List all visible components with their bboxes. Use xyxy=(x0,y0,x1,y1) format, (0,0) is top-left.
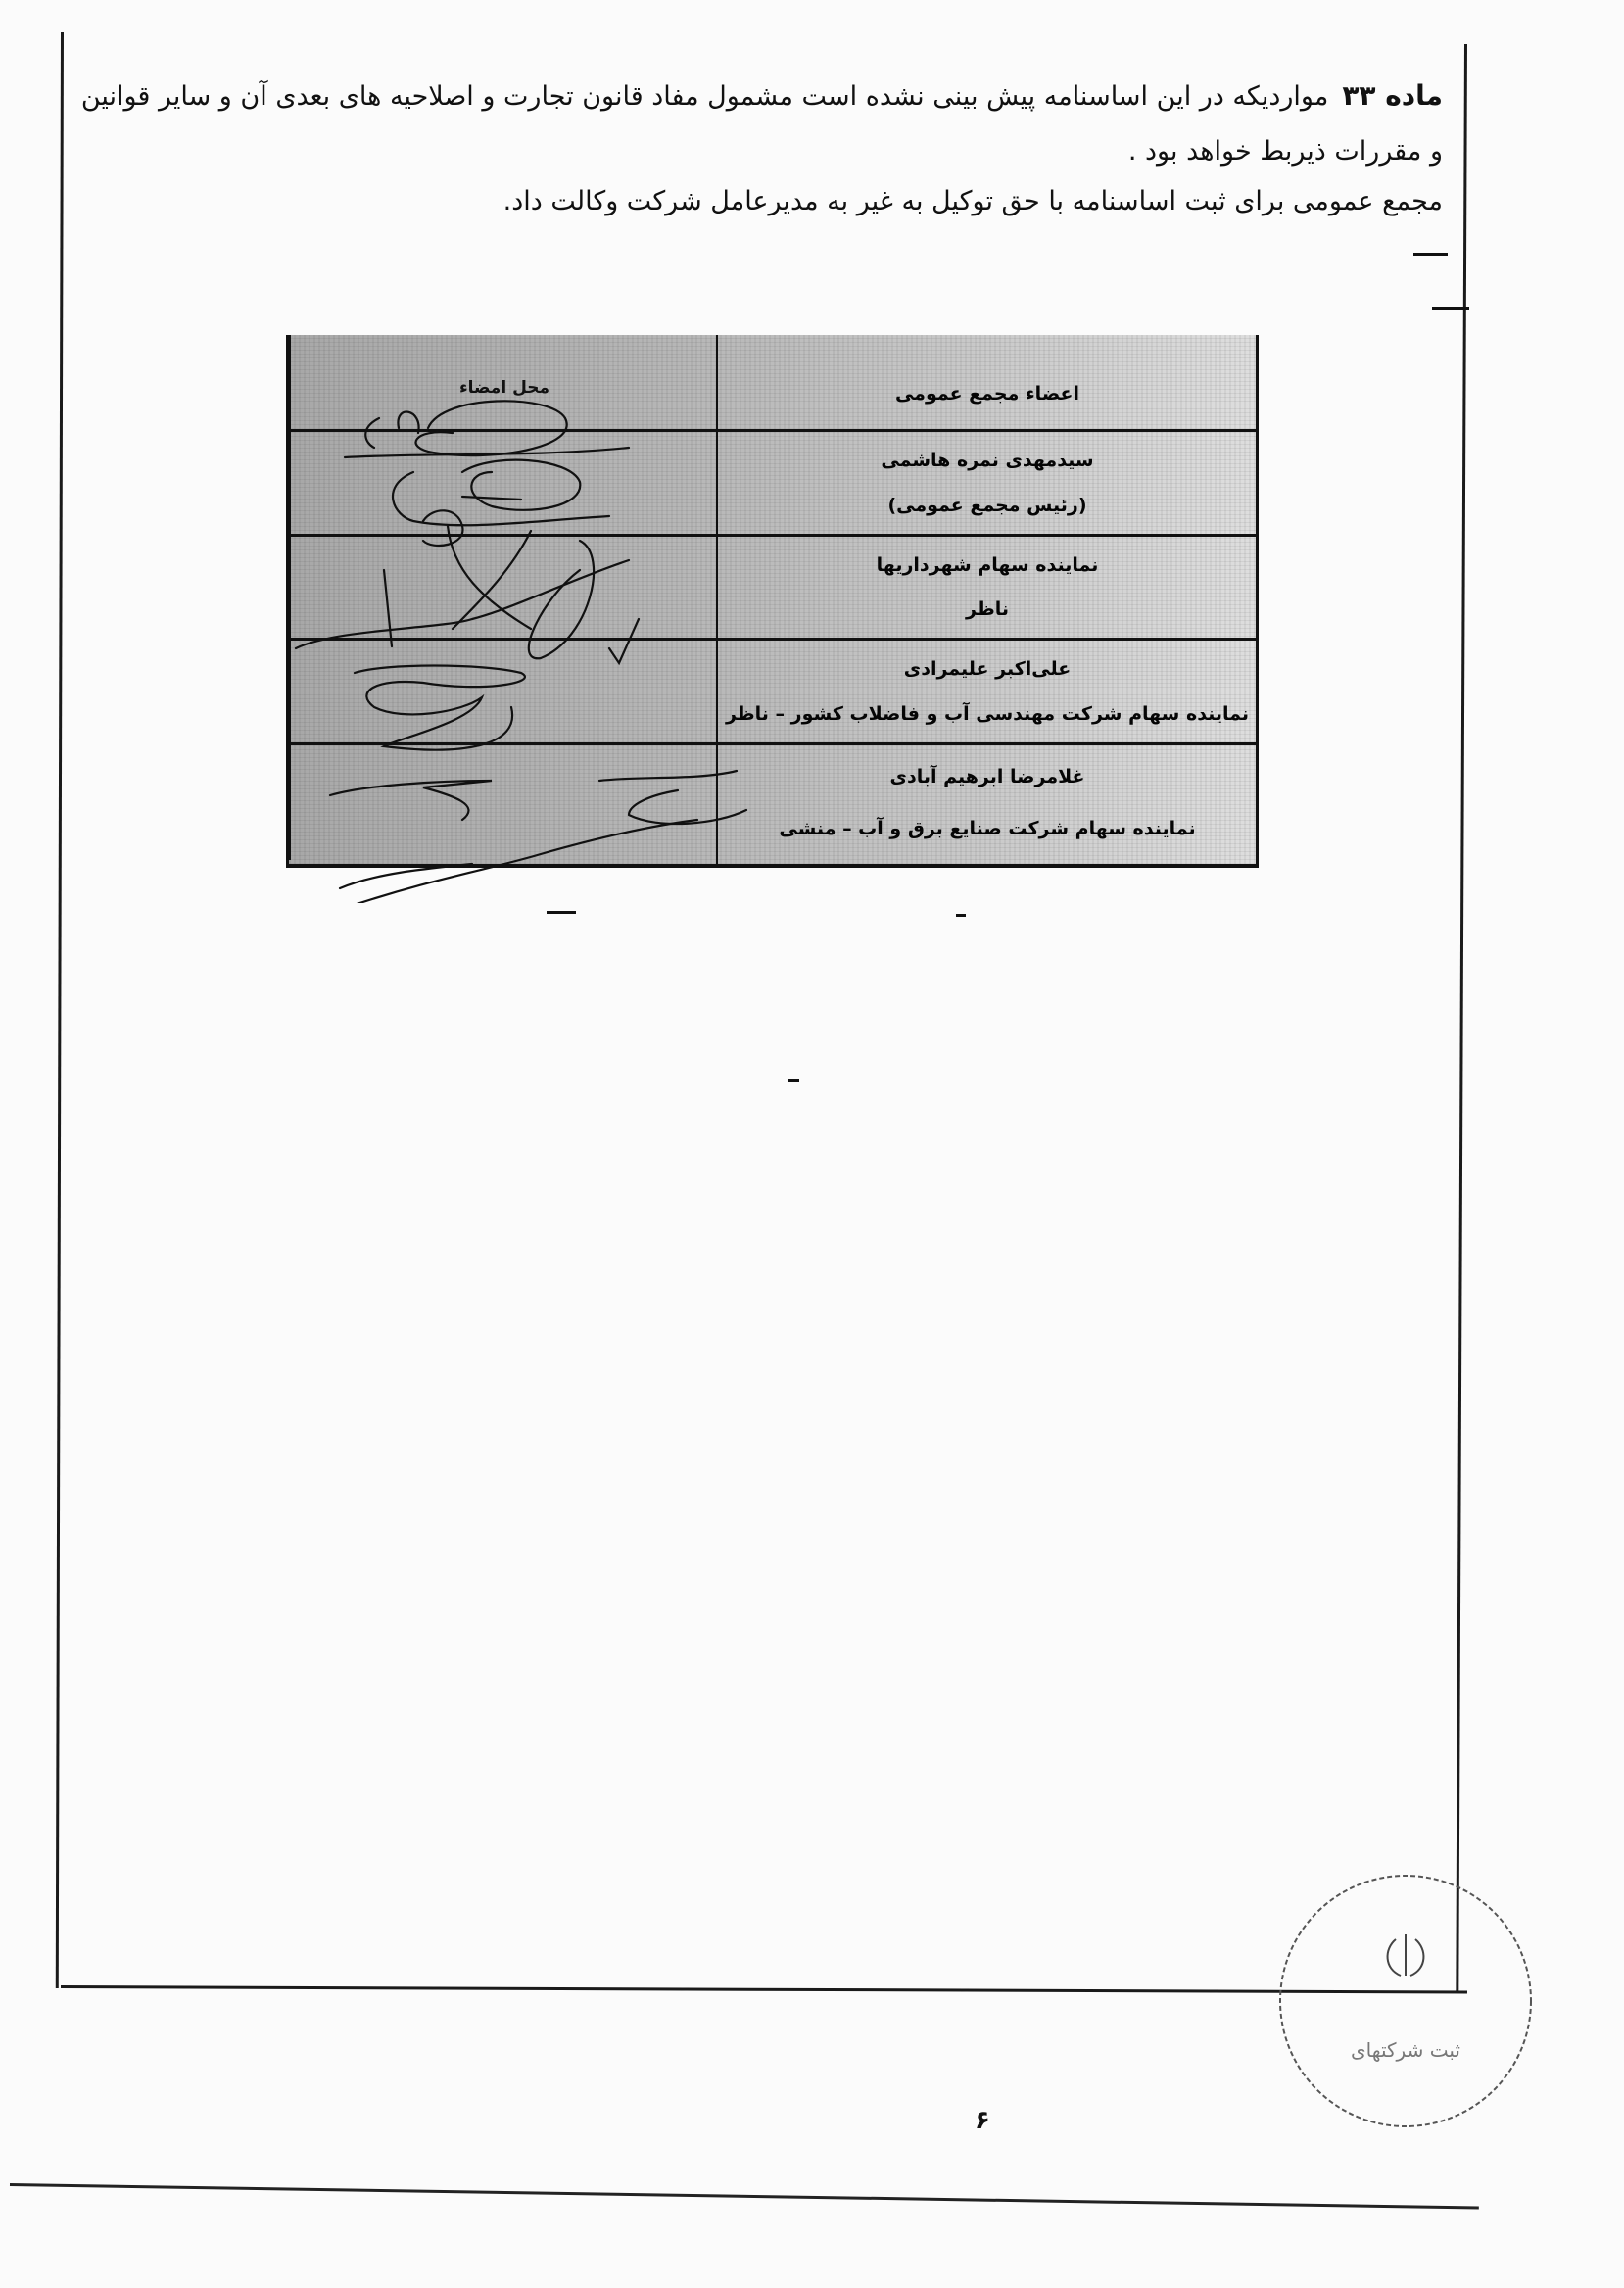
table-row: علی‌اکبر علیمرادی نماینده سهام شرکت مهند… xyxy=(289,641,1256,745)
signature-table: اعضاء مجمع عمومی محل امضاء سیدمهدی نمره … xyxy=(286,335,1259,868)
signature-cell xyxy=(289,641,718,742)
scan-mark xyxy=(956,914,966,917)
article-label: ماده ۳۳ xyxy=(1342,79,1443,112)
member-cell: نماینده سهام شهرداریها ناظر xyxy=(719,537,1256,638)
member-cell: سیدمهدی نمره هاشمی (رئیس مجمع عمومی) xyxy=(719,432,1256,534)
svg-text:ثبت شرکتهای: ثبت شرکتهای xyxy=(1351,2038,1460,2062)
table-row: سیدمهدی نمره هاشمی (رئیس مجمع عمومی) xyxy=(289,432,1256,537)
scan-mark xyxy=(788,1079,799,1082)
member-cell: غلامرضا ابرهیم آبادی نماینده سهام شرکت ص… xyxy=(719,745,1256,860)
table-header-row: اعضاء مجمع عمومی محل امضاء xyxy=(289,335,1256,432)
page-number: ۶ xyxy=(975,2106,990,2135)
official-stamp: ثبت شرکتهای xyxy=(1268,1866,1543,2135)
table-row: غلامرضا ابرهیم آبادی نماینده سهام شرکت ص… xyxy=(289,745,1256,860)
bottom-rule xyxy=(10,2183,1479,2210)
member-cell: علی‌اکبر علیمرادی نماینده سهام شرکت مهند… xyxy=(719,641,1256,742)
header-signature: محل امضاء xyxy=(289,335,718,429)
signature-cell xyxy=(289,537,718,638)
general-assembly-paragraph: مجمع عمومی برای ثبت اساسنامه با حق توکیل… xyxy=(503,186,1443,216)
scan-mark xyxy=(1413,253,1448,256)
header-members: اعضاء مجمع عمومی xyxy=(719,335,1256,429)
page-frame-bottom xyxy=(61,1985,1467,1994)
scan-mark xyxy=(547,911,576,914)
signature-cell xyxy=(289,432,718,534)
scan-mark xyxy=(1432,307,1469,310)
page-frame-right xyxy=(1456,44,1467,1993)
page-frame-left xyxy=(56,32,64,1988)
article-text: مواردیکه در این اساسنامه پیش بینی نشده ا… xyxy=(81,81,1443,167)
article-33: ماده ۳۳مواردیکه در این اساسنامه پیش بینی… xyxy=(72,69,1443,179)
signature-cell xyxy=(289,745,718,860)
emblem-icon xyxy=(1388,1934,1424,1976)
table-row: نماینده سهام شهرداریها ناظر xyxy=(289,537,1256,641)
